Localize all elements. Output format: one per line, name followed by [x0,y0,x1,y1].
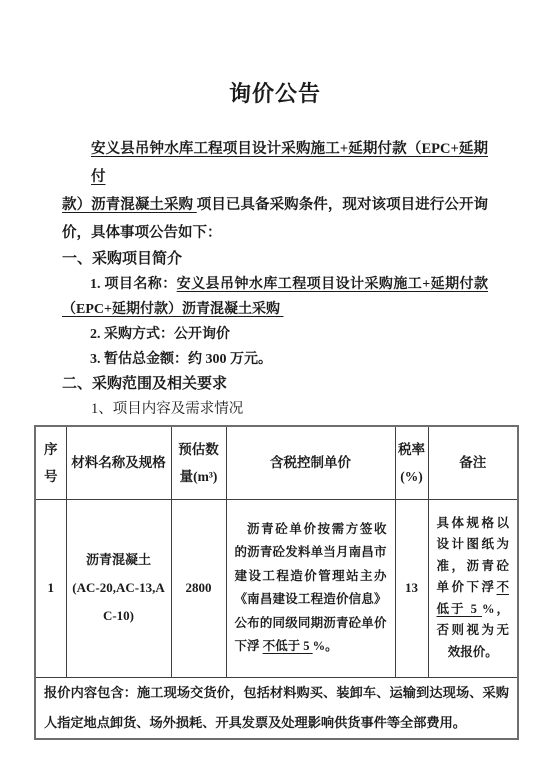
text-segment: 准，沥青砼 [437,559,510,573]
underlined-text-segment: 低于 5 [437,602,482,616]
text-segment: 否则视为无 [437,623,510,637]
text-line: 效报价。 [437,642,510,664]
section1-heading: 一、采购项目简介 [62,247,488,272]
underlined-text-segment: 不 [496,580,509,594]
text-segment: 《南昌建设工程造价信息》 [235,592,387,606]
text-segment: 沥青砼单价按需方签收 [247,522,387,536]
requirements-table: 序号 材料名称及规格 预估数量(m³) 含税控制单价 税率(%) 备注 1 沥青… [34,425,519,740]
text-line: 否则视为无 [437,620,510,642]
section2-heading: 二、采购范围及相关要求 [62,372,488,397]
cell-material: 沥青混凝土 (AC-20,AC-13,AC-10) [66,499,171,677]
cell-serial-number: 1 [35,499,66,677]
text-line: 公布的同级同期沥青砼单价 [235,612,387,636]
underlined-text-segment: 款）沥青混凝土采购 [62,197,197,213]
text-segment: 报价内容包含：施工现场交货价，包括材料购买、装卸车、运输到达现场、采购 [44,685,509,700]
document-page: 询价公告 安义县吊钟水库工程项目设计采购施工+延期付款（EPC+延期付款）沥青混… [0,0,550,740]
text-segment: 项目已具备采购条件，现对该项目进行公开询 [197,197,488,213]
underlined-text-segment: 安义县吊钟水库工程项目设计采购施工+延期付款（EPC+延期付 [91,141,488,185]
text-segment: 的沥青砼发料单当月南昌市 [235,545,387,559]
underlined-text-segment: （EPC+延期付款）沥青混凝土采购 [62,302,283,317]
underlined-text-segment: 不低于 5 [263,639,313,653]
text-line: 具体规格以 [437,513,510,535]
material-name: 沥青混凝土 [71,546,167,574]
subsection-heading: 1、项目内容及需求情况 [62,397,488,422]
text-line: 的沥青砼发料单当月南昌市 [235,541,387,565]
text-segment: %。 [313,639,338,653]
cell-tax-rate: 13 [395,499,428,677]
text-segment: 设计图纸为 [437,537,510,551]
column-header-material: 材料名称及规格 [66,426,171,499]
text-segment: 建设工程造价管理站主办 [235,569,387,583]
column-header-unit-price: 含税控制单价 [226,426,395,499]
text-line: 报价内容包含：施工现场交货价，包括材料购买、装卸车、运输到达现场、采购 [44,678,509,708]
table-footer-row: 报价内容包含：施工现场交货价，包括材料购买、装卸车、运输到达现场、采购人指定地点… [35,677,518,739]
text-line: 准，沥青砼 [437,556,510,578]
cell-unit-price: 沥青砼单价按需方签收的沥青砼发料单当月南昌市建设工程造价管理站主办《南昌建设工程… [226,499,395,677]
text-line: 单价下浮不 [437,577,510,599]
text-line: 《南昌建设工程造价信息》 [235,588,387,612]
page-title: 询价公告 [62,0,488,110]
text-line: 安义县吊钟水库工程项目设计采购施工+延期付款（EPC+延期付 [62,135,488,191]
text-line: 下浮 不低于 5 %。 [235,635,387,659]
table-header-row: 序号 材料名称及规格 预估数量(m³) 含税控制单价 税率(%) 备注 [35,426,518,499]
intro-paragraph: 安义县吊钟水库工程项目设计采购施工+延期付款（EPC+延期付款）沥青混凝土采购 … [62,135,488,247]
column-header-remark: 备注 [428,426,518,499]
text-line: 价，具体事项公告如下： [62,219,488,247]
text-line: 沥青砼单价按需方签收 [235,518,387,542]
text-segment: 人指定地点卸货、场外损耗、开具发票及处理影响供货事件等全部费用。 [44,715,466,730]
column-header-quantity: 预估数量(m³) [171,426,226,499]
column-header-tax-rate: 税率(%) [395,426,428,499]
text-line: 款）沥青混凝土采购 项目已具备采购条件，现对该项目进行公开询 [62,191,488,219]
estimated-amount-item: 3. 暂估总金额：约 300 万元。 [62,347,488,372]
text-line: 人指定地点卸货、场外损耗、开具发票及处理影响供货事件等全部费用。 [44,708,509,738]
material-spec: (AC-20,AC-13,AC-10) [71,574,167,630]
procurement-method-item: 2. 采购方式：公开询价 [62,322,488,347]
text-segment: 1. 项目名称： [90,277,177,292]
underlined-text-segment: 安义县吊钟水库工程项目设计采购施工+延期付款 [177,277,488,292]
text-line: 1. 项目名称：安义县吊钟水库工程项目设计采购施工+延期付款 [62,272,488,297]
text-segment: 效报价。 [448,645,498,659]
text-segment: 公布的同级同期沥青砼单价 [235,616,387,630]
text-line: 设计图纸为 [437,534,510,556]
quote-scope-note: 报价内容包含：施工现场交货价，包括材料购买、装卸车、运输到达现场、采购人指定地点… [35,677,518,739]
text-segment: %， [482,602,509,616]
text-segment: 下浮 [235,639,263,653]
table-row: 1 沥青混凝土 (AC-20,AC-13,AC-10) 2800 沥青砼单价按需… [35,499,518,677]
text-segment: 具体规格以 [437,516,510,530]
text-segment: 价，具体事项公告如下： [62,225,222,241]
cell-quantity: 2800 [171,499,226,677]
text-line: 低于 5 %， [437,599,510,621]
text-segment: 单价下浮 [437,580,497,594]
text-line: （EPC+延期付款）沥青混凝土采购 [62,297,488,322]
column-header-serial-number: 序号 [35,426,66,499]
text-line: 建设工程造价管理站主办 [235,565,387,589]
cell-remark: 具体规格以设计图纸为准，沥青砼单价下浮不低于 5 %，否则视为无效报价。 [428,499,518,677]
project-name-item: 1. 项目名称：安义县吊钟水库工程项目设计采购施工+延期付款（EPC+延期付款）… [62,272,488,322]
